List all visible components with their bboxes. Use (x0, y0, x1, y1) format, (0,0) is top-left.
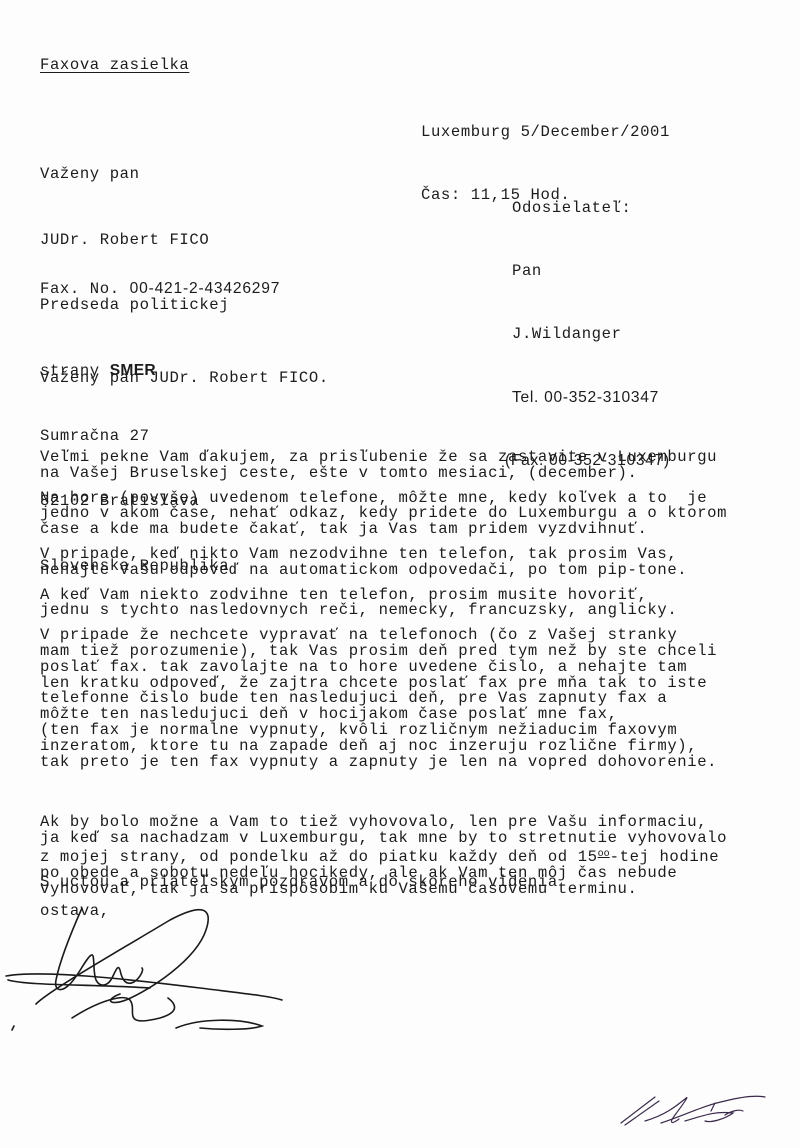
fax-number: 00-421-2-43426297 (130, 280, 281, 297)
fax-label: Fax. No. (40, 280, 130, 298)
recipient-line: Važeny pan (40, 164, 229, 186)
letter-body: Veľmi pekne Vam ďakujem, za prisľubenie … (40, 414, 780, 942)
superscript-minutes: oo (598, 849, 610, 860)
signature-small-icon (615, 1085, 775, 1135)
paragraph-line: ja keď sa nachadzam v Luxemburgu, tak mn… (40, 829, 727, 847)
sender-tel: Tel. 00-352-310347 (512, 387, 670, 408)
signature-main-icon (0, 900, 300, 1040)
paragraphs: Veľmi pekne Vam ďakujem, za prisľubenie … (40, 450, 780, 770)
paragraph-line: tak preto je ten fax vypnuty a zapnuty j… (40, 753, 717, 771)
paragraph: Na hore (povyše) uvedenom telefone, môžt… (40, 491, 780, 538)
closing: S uctou a priateľskym pozdravom a do sko… (40, 873, 558, 891)
sender-line: Pan (512, 261, 670, 282)
salutation: Važeny pan JUDr. Robert FICO. (40, 369, 329, 387)
paragraph-line: jednu s tychto nasledovnych reči, nemeck… (40, 601, 677, 619)
paragraph: V pripade, keď nikto Vam nezodvihne ten … (40, 547, 780, 579)
paragraph: Veľmi pekne Vam ďakujem, za prisľubenie … (40, 450, 780, 482)
sender-label: Odosielateľ: (512, 198, 670, 219)
paragraph: A keď Vam niekto zodvihne ten telefon, p… (40, 588, 780, 620)
document-title: Faxova zasielka (40, 56, 189, 74)
place-date: Luxemburg 5/December/2001 (421, 122, 670, 143)
recipient-line: JUDr. Robert FICO (40, 230, 229, 252)
sender-line: J.Wildanger (512, 324, 670, 345)
paragraph-line: čase a kde ma budete čakať, tak ja Vas t… (40, 520, 647, 538)
recipient-fax: Fax. No. 00-421-2-43426297 (40, 280, 280, 298)
paragraph: V pripade že nechcete vypravať na telefo… (40, 628, 780, 770)
paragraph-line: nehajte Vašu odpoveď na automatickom odp… (40, 561, 687, 579)
fax-page: Faxova zasielka Luxemburg 5/December/200… (0, 0, 800, 1148)
paragraph-line: na Vašej Bruselskej ceste, ešte v tomto … (40, 464, 637, 482)
